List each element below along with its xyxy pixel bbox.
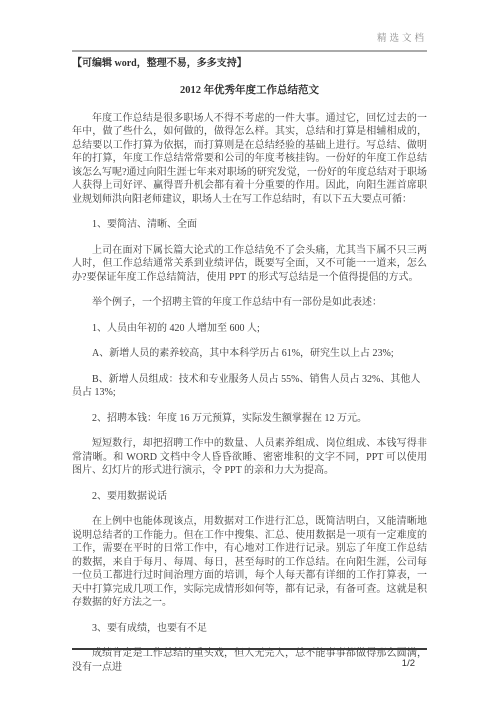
page-footer: 1/2 bbox=[72, 648, 427, 671]
page-number: 1/2 bbox=[402, 658, 415, 669]
editable-notice: 【可编辑 word，整理不易，多多支持】 bbox=[72, 57, 427, 71]
document-body: 【可编辑 word，整理不易，多多支持】 2012 年优秀年度工作总结范文 年度… bbox=[72, 57, 427, 686]
paragraph: 上司在面对下属长篇大论式的工作总结免不了会头痛，尤其当下属不只三两人时，但工作总… bbox=[72, 244, 427, 285]
paragraph: 举个例子，一个招聘主管的年度工作总结中有一部份是如此表述： bbox=[72, 296, 427, 310]
page-header: 精选文档 bbox=[72, 28, 427, 52]
paragraph: 年度工作总结是很多职场人不得不考虑的一件大事。通过它，回忆过去的一年中，做了些什… bbox=[72, 112, 427, 207]
paragraph: 短短数行，却把招聘工作中的数量、人员素养组成、岗位组成、本钱写得非常清晰。和 W… bbox=[72, 437, 427, 478]
section-heading: 1、要简洁、清晰、全面 bbox=[72, 218, 427, 232]
list-item: A、新增人员的素养较高，其中本科学历占 61%，研究生以上占 23%; bbox=[72, 347, 427, 361]
document-page: 精选文档 【可编辑 word，整理不易，多多支持】 2012 年优秀年度工作总结… bbox=[0, 0, 500, 707]
list-item: 2、招聘本钱：年度 16 万元预算，实际发生额掌握在 12 万元。 bbox=[72, 412, 427, 426]
paragraph-container: 年度工作总结是很多职场人不得不考虑的一件大事。通过它，回忆过去的一年中，做了些什… bbox=[72, 112, 427, 675]
paragraph: 在上例中也能体现该点，用数据对工作进行汇总，既简洁明白，又能清晰地说明总结者的工… bbox=[72, 515, 427, 610]
list-item: 1、人员由年初的 420 人增加至 600 人; bbox=[72, 322, 427, 336]
document-title: 2012 年优秀年度工作总结范文 bbox=[72, 84, 427, 98]
section-heading: 2、要用数据说话 bbox=[72, 490, 427, 504]
list-item: B、新增人员组成：技术和专业服务人员占 55%、销售人员占 32%、其他人员占 … bbox=[72, 373, 427, 400]
section-heading: 3、要有成绩，也要有不足 bbox=[72, 622, 427, 636]
header-watermark: 精选文档 bbox=[377, 34, 427, 44]
